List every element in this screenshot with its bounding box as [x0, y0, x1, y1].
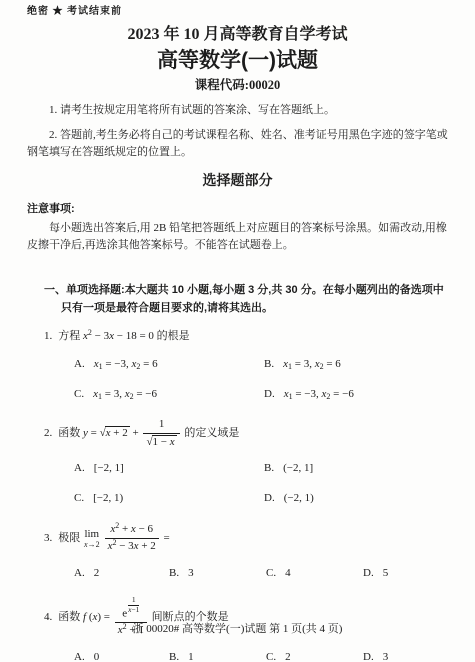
- question-text: 函数 y = √x + 2 + 1√1 − x 的定义域是: [58, 427, 239, 439]
- question-number: 3.: [44, 532, 52, 544]
- option-label: D.: [264, 388, 275, 400]
- option-label: B.: [264, 358, 274, 370]
- question-stem: 3.极限 limx→2x2 + x − 6x2 − 3x + 2 =: [44, 523, 448, 554]
- option-label: C.: [74, 492, 84, 504]
- option-text: [−2, 1]: [94, 462, 124, 474]
- question-stem: 1.方程 x2 − 3x − 18 = 0 的根是: [44, 329, 448, 345]
- question-2: 2.函数 y = √x + 2 + 1√1 − x 的定义域是 A.[−2, 1…: [44, 418, 448, 508]
- options-grid: A.x1 = −3, x2 = 6 B.x1 = 3, x2 = 6 C.x1 …: [74, 356, 448, 403]
- course-code: 课程代码:00020: [27, 77, 448, 93]
- option-text: [−2, 1): [93, 492, 123, 504]
- option-label: A.: [74, 567, 85, 579]
- option-text: (−2, 1): [284, 492, 314, 504]
- option-label: A.: [74, 462, 85, 474]
- exam-paper-page: 绝密 ★ 考试结束前 2023 年 10 月高等教育自学考试 高等数学(一)试题…: [0, 0, 475, 662]
- option-text: 3: [383, 651, 389, 662]
- option-label: D.: [363, 567, 374, 579]
- option-label: A.: [74, 358, 85, 370]
- option-a: A.0: [74, 649, 169, 662]
- question-number: 1.: [44, 330, 52, 342]
- option-label: C.: [74, 388, 84, 400]
- instruction-2: 2. 答题前,考生务必将自己的考试课程名称、姓名、准考证号用黑色字迹的签字笔或钢…: [27, 127, 448, 161]
- option-label: B.: [169, 567, 179, 579]
- option-b: B.1: [169, 649, 266, 662]
- option-b: B.3: [169, 565, 266, 582]
- security-mark: 绝密 ★ 考试结束前: [27, 6, 448, 18]
- option-text: x1 = 3, x2 = 6: [283, 358, 341, 370]
- options-grid: A.2 B.3 C.4 D.5: [74, 565, 448, 582]
- option-b: B.x1 = 3, x2 = 6: [264, 356, 448, 373]
- question-stem: 2.函数 y = √x + 2 + 1√1 − x 的定义域是: [44, 418, 448, 450]
- option-c: C.[−2, 1): [74, 490, 264, 507]
- option-text: 1: [188, 651, 194, 662]
- exam-subject-title: 高等数学(一)试题: [27, 48, 448, 74]
- option-d: D.5: [363, 565, 448, 582]
- notice-heading: 注意事项:: [27, 201, 448, 218]
- option-text: 2: [94, 567, 100, 579]
- notice-body: 每小题选出答案后,用 2B 铅笔把答题纸上对应题目的答案标号涂黑。如需改动,用橡…: [27, 220, 448, 254]
- section-title: 选择题部分: [27, 170, 448, 190]
- question-text: 方程 x2 − 3x − 18 = 0 的根是: [58, 330, 189, 342]
- option-a: A.2: [74, 565, 169, 582]
- option-text: x1 = 3, x2 = −6: [93, 388, 157, 400]
- option-c: C.x1 = 3, x2 = −6: [74, 386, 264, 403]
- option-label: B.: [169, 651, 179, 662]
- question-number: 2.: [44, 427, 52, 439]
- option-text: 0: [94, 651, 100, 662]
- options-grid: A.[−2, 1] B.(−2, 1] C.[−2, 1) D.(−2, 1): [74, 460, 448, 507]
- option-text: x1 = −3, x2 = 6: [94, 358, 158, 370]
- option-label: C.: [266, 651, 276, 662]
- question-1: 1.方程 x2 − 3x − 18 = 0 的根是 A.x1 = −3, x2 …: [44, 329, 448, 403]
- option-d: D.(−2, 1): [264, 490, 448, 507]
- page-footer: 浙 00020# 高等数学(一)试题 第 1 页(共 4 页): [0, 621, 475, 638]
- instruction-1: 1. 请考生按规定用笔将所有试题的答案涂、写在答题纸上。: [27, 102, 448, 119]
- option-c: C.2: [266, 649, 363, 662]
- option-text: (−2, 1]: [283, 462, 313, 474]
- option-text: x1 = −3, x2 = −6: [284, 388, 354, 400]
- option-label: D.: [363, 651, 374, 662]
- part-one-heading: 一、单项选择题:本大题共 10 小题,每小题 3 分,共 30 分。在每小题列出…: [27, 281, 448, 317]
- option-d: D.x1 = −3, x2 = −6: [264, 386, 448, 403]
- option-d: D.3: [363, 649, 448, 662]
- option-label: B.: [264, 462, 274, 474]
- option-label: A.: [74, 651, 85, 662]
- question-text: 极限 limx→2x2 + x − 6x2 − 3x + 2 =: [58, 532, 170, 544]
- question-3: 3.极限 limx→2x2 + x − 6x2 − 3x + 2 = A.2 B…: [44, 523, 448, 582]
- option-a: A.[−2, 1]: [74, 460, 264, 477]
- option-text: 3: [188, 567, 194, 579]
- option-text: 2: [285, 651, 291, 662]
- option-a: A.x1 = −3, x2 = 6: [74, 356, 264, 373]
- option-text: 5: [383, 567, 389, 579]
- option-c: C.4: [266, 565, 363, 582]
- option-label: D.: [264, 492, 275, 504]
- exam-session-title: 2023 年 10 月高等教育自学考试: [27, 25, 448, 45]
- option-text: 4: [285, 567, 291, 579]
- options-grid: A.0 B.1 C.2 D.3: [74, 649, 448, 662]
- option-b: B.(−2, 1]: [264, 460, 448, 477]
- option-label: C.: [266, 567, 276, 579]
